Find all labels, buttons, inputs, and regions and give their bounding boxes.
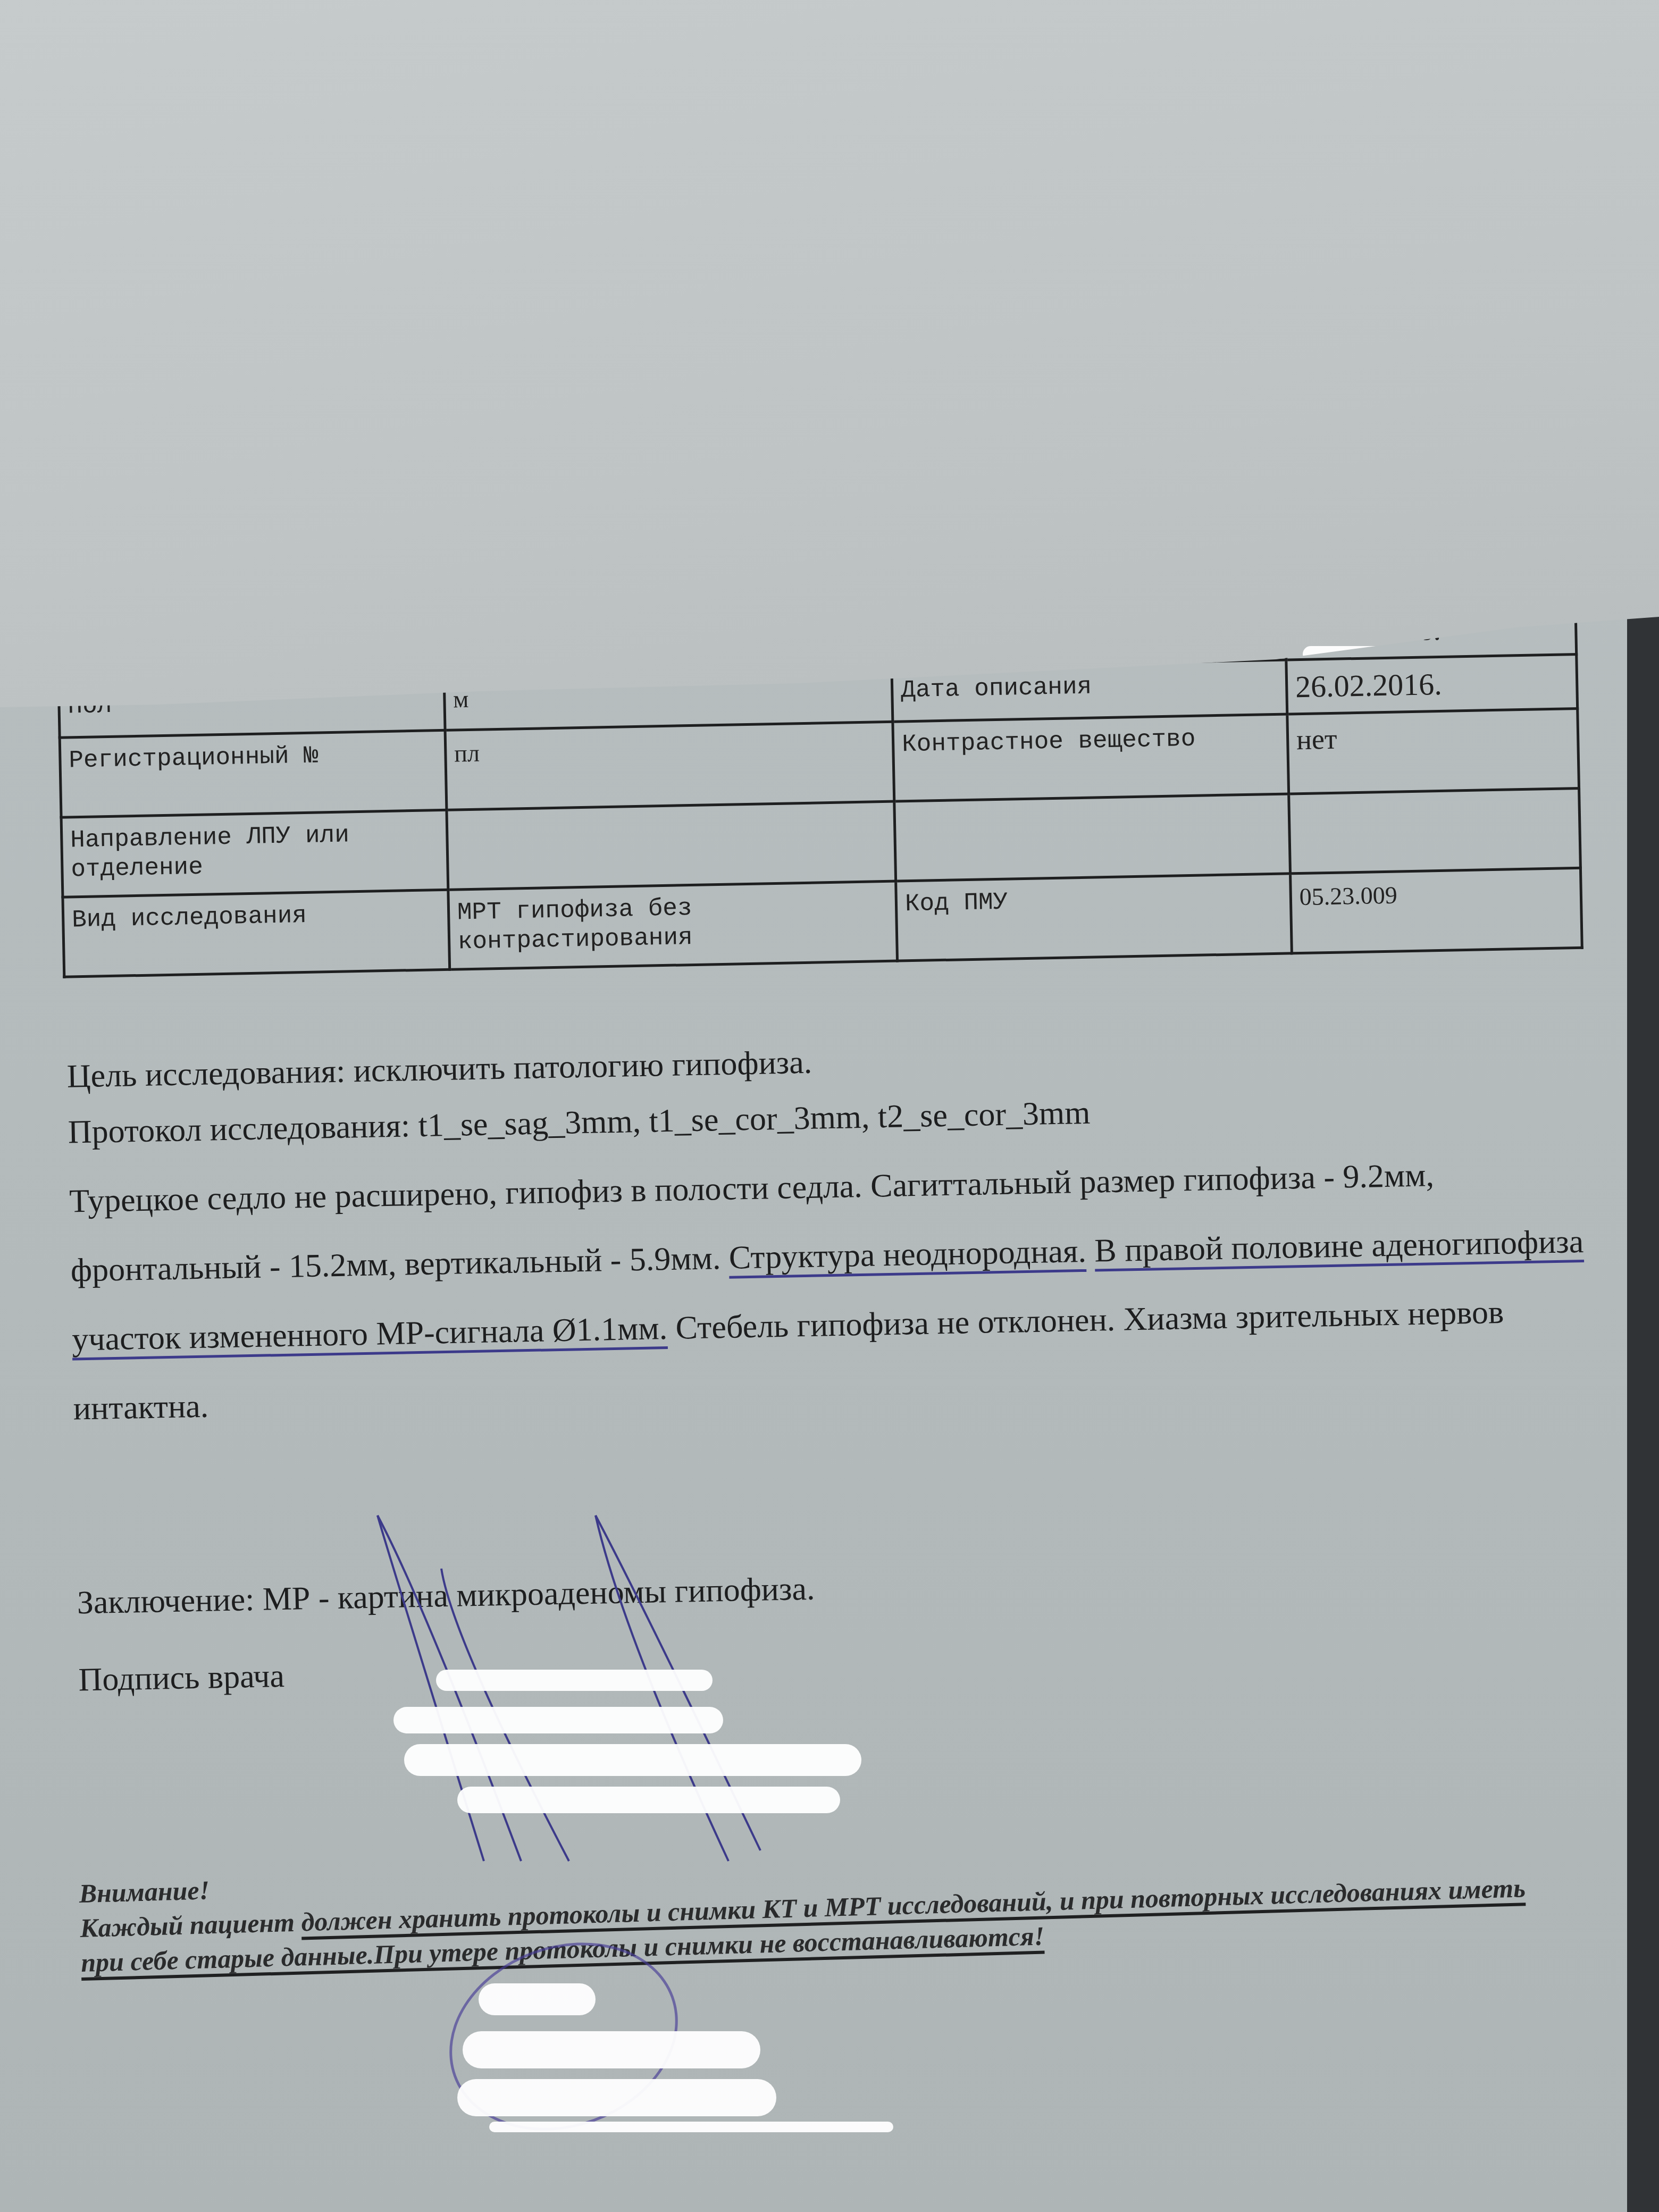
covering-paper (0, 0, 1659, 707)
pmu-code-value: 05.23.009 (1290, 868, 1582, 953)
redaction-mark (457, 1787, 840, 1813)
exam-type-value: МРТ гипофиза без контрастирования (448, 881, 898, 969)
findings-text: Стебель гипофиза не отклонен. Хиазма зри… (73, 1294, 1504, 1427)
pen-highlight: Структура неоднородная. (728, 1233, 1087, 1279)
redaction-mark (393, 1707, 723, 1733)
pmu-code-label: Код ПМУ (896, 874, 1292, 961)
exam-type-label: Вид исследования (63, 890, 450, 977)
description-date-value: 26.02.2016. (1286, 654, 1578, 714)
redaction-mark (404, 1744, 861, 1776)
findings-paragraph: Турецкое седло не расширено, гипофиз в п… (69, 1138, 1594, 1444)
redaction-mark (463, 2031, 760, 2068)
empty-cell (1289, 789, 1581, 874)
notice-prefix: Каждый пациент (80, 1907, 301, 1943)
conclusion: Заключение: МР - картина микроаденомы ги… (77, 1553, 1598, 1624)
referral-label: Направление ЛПУ или отделение (61, 810, 448, 898)
registration-value: пл (445, 722, 894, 810)
referral-value (447, 801, 896, 890)
redaction-mark (489, 2122, 893, 2132)
spacer (1086, 1233, 1095, 1269)
contrast-value: нет (1287, 709, 1579, 794)
redaction-mark (457, 2079, 776, 2116)
redaction-mark (479, 1983, 596, 2015)
redaction-mark (436, 1670, 713, 1691)
contrast-label: Контрастное вещество (893, 714, 1289, 801)
signature-label: Подпись врача (78, 1630, 1599, 1702)
empty-cell (894, 794, 1291, 881)
registration-label: Регистрационный № (60, 731, 447, 818)
